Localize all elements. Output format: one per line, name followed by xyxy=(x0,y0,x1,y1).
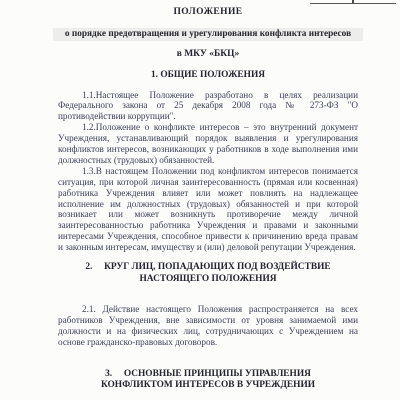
section-2-heading-line1: 2. КРУГ ЛИЦ, ПОПАДАЮЩИХ ПОД ВОЗДЕЙСТВИЕ xyxy=(58,262,358,274)
section-2-body: 2.1. Действие настоящего Положения распр… xyxy=(58,304,358,348)
section-1-body: 1.1.Настоящее Положение разработано в це… xyxy=(58,90,358,254)
paragraph-1-2: 1.2.Положение о конфликте интересов – эт… xyxy=(58,122,358,166)
document-title: ПОЛОЖЕНИЕ xyxy=(58,7,358,18)
signature-underline xyxy=(310,3,396,4)
paragraph-1-3: 1.3.В настоящем Положении под конфликтом… xyxy=(58,166,358,253)
document-location-line: в МКУ «БКЦ» xyxy=(58,49,358,60)
section-3-heading: 3. ОСНОВНЫЕ ПРИНЦИПЫ УПРАВЛЕНИЯ КОНФЛИКТ… xyxy=(58,369,358,392)
section-2-heading: 2. КРУГ ЛИЦ, ПОПАДАЮЩИХ ПОД ВОЗДЕЙСТВИЕ … xyxy=(58,262,358,285)
section-3-heading-line2: КОНФЛИКТОМ ИНТЕРЕСОВ В УЧРЕЖДЕНИИ xyxy=(58,380,358,392)
paragraph-1-1: 1.1.Настоящее Положение разработано в це… xyxy=(58,90,358,123)
section-3-heading-line1: 3. ОСНОВНЫЕ ПРИНЦИПЫ УПРАВЛЕНИЯ xyxy=(58,369,358,381)
document-page: ПОЛОЖЕНИЕ о порядке предотвращения и уре… xyxy=(0,0,400,400)
document-subtitle: о порядке предотвращения и урегулировани… xyxy=(53,28,363,41)
section-1-heading: 1. ОБЩИЕ ПОЛОЖЕНИЯ xyxy=(58,70,358,82)
section-2-heading-line2: НАСТОЯЩЕГО ПОЛОЖЕНИЯ xyxy=(58,274,358,286)
paragraph-2-1: 2.1. Действие настоящего Положения распр… xyxy=(58,304,358,348)
